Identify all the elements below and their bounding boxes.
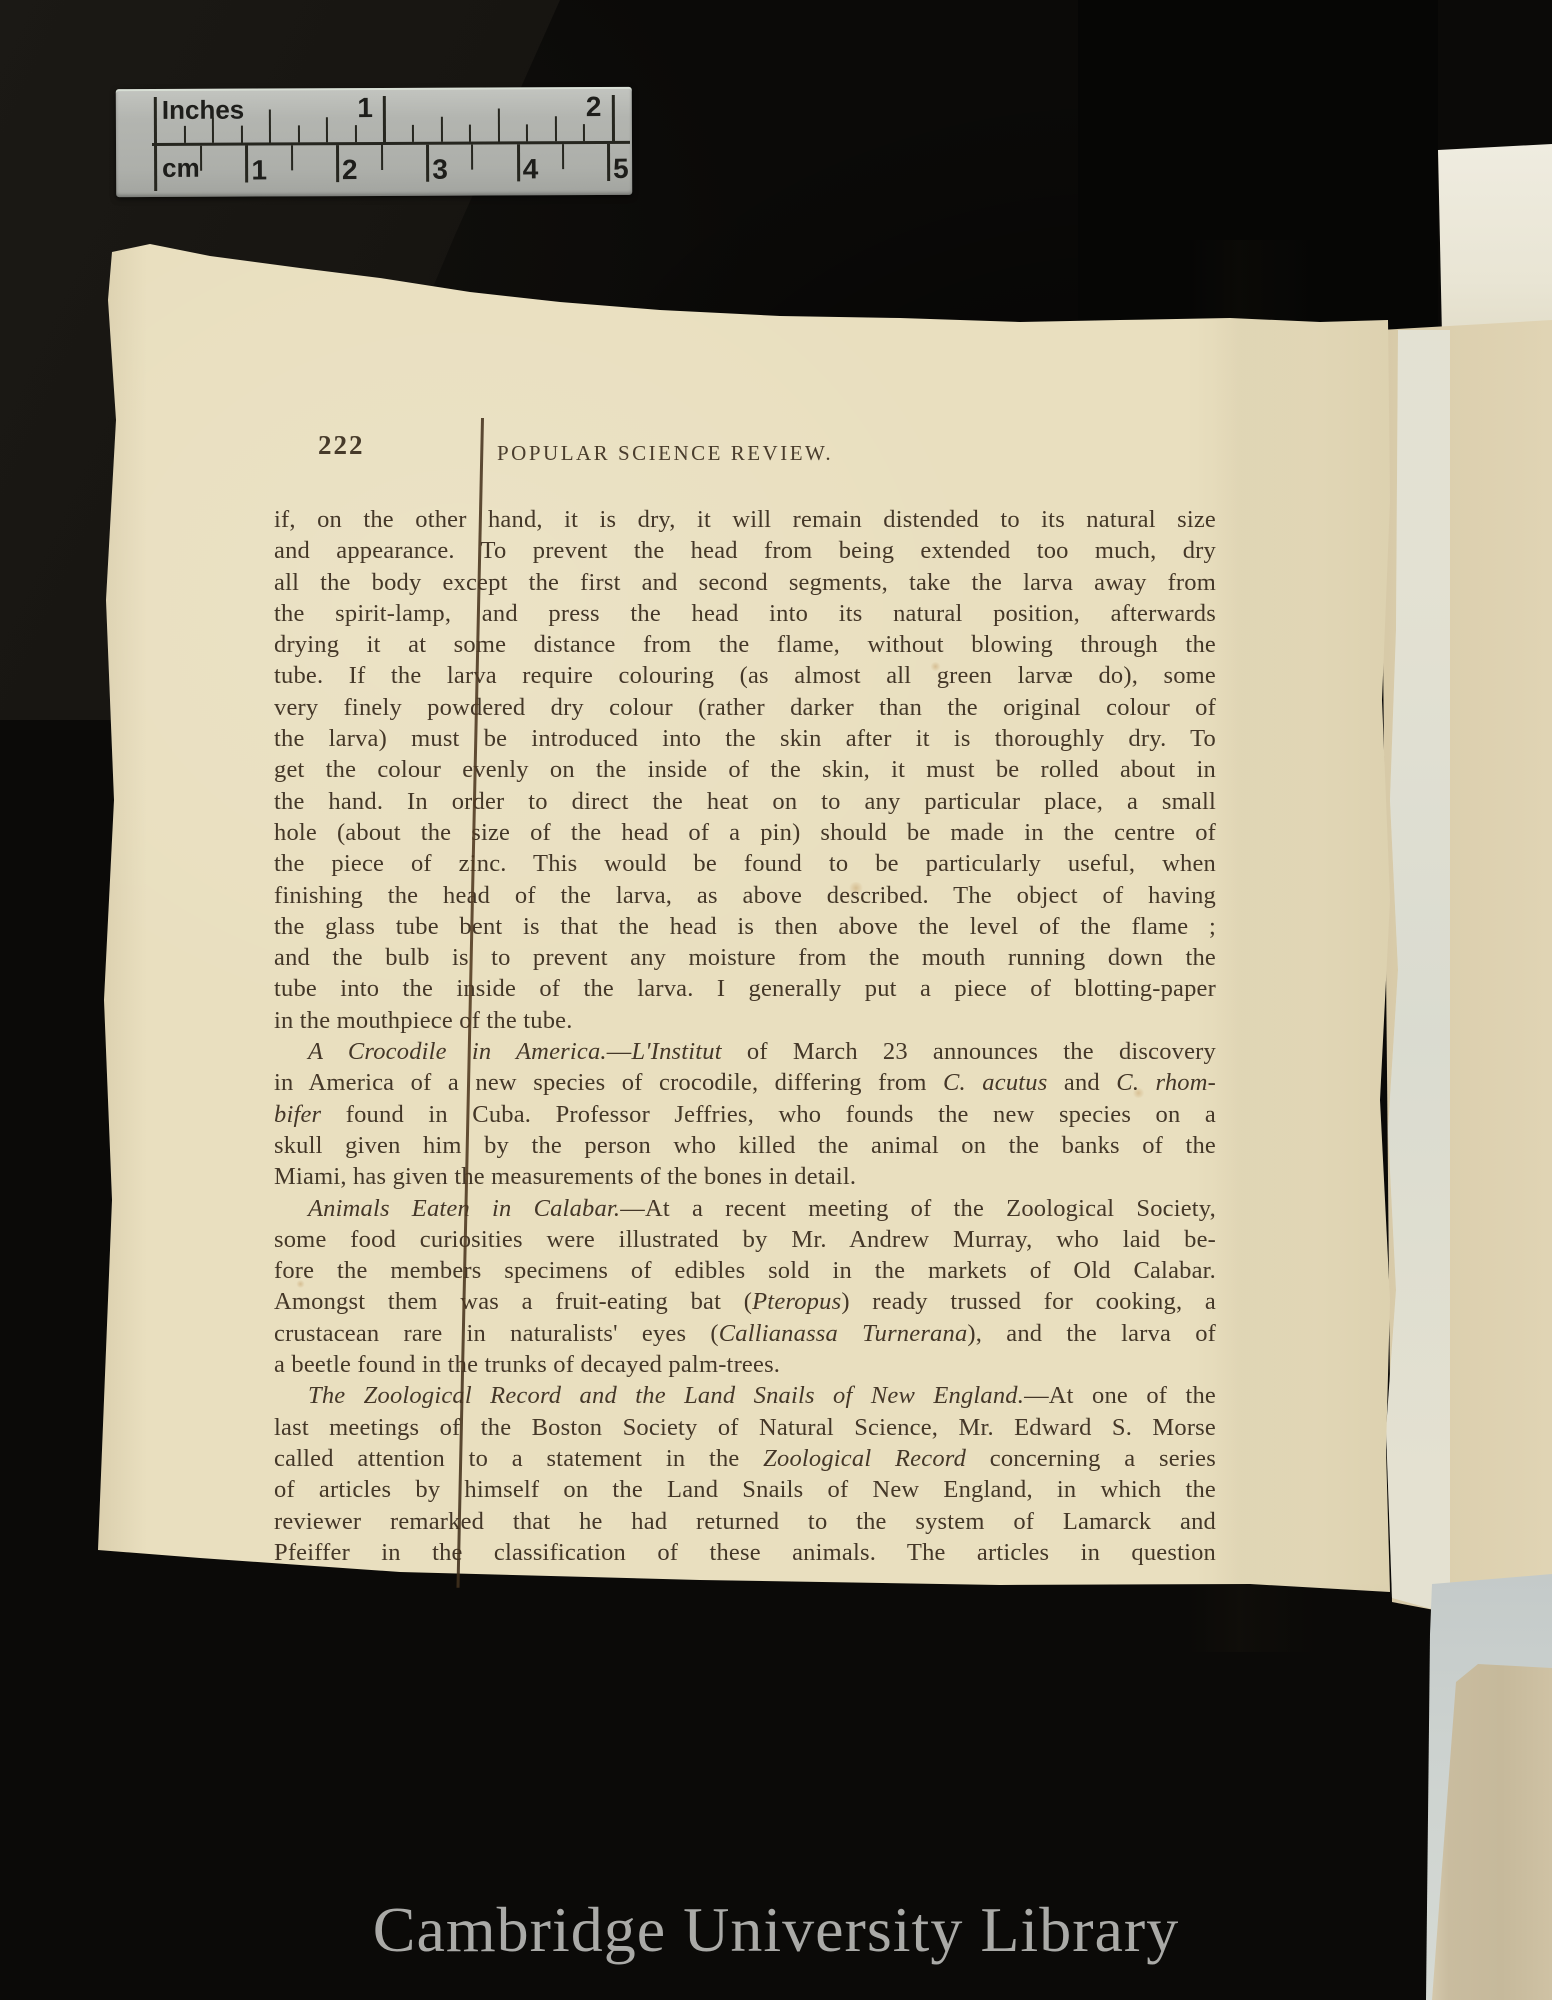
text-line: in America of a new species of crocodile… <box>274 1067 1216 1098</box>
text-line: Miami, has given the measurements of the… <box>274 1161 1216 1192</box>
ruler-tick <box>517 144 520 181</box>
ruler-tick <box>471 145 473 170</box>
text-line: all the body except the first and second… <box>274 567 1216 598</box>
ruler-tick <box>440 117 442 142</box>
text-line: drying it at some distance from the flam… <box>274 629 1216 660</box>
text-line: hole (about the size of the head of a pi… <box>274 817 1216 848</box>
text-line: tube. If the larva require colouring (as… <box>274 660 1216 691</box>
body-text: if, on the other hand, it is dry, it wil… <box>274 504 1216 1568</box>
text-line: last meetings of the Boston Society of N… <box>274 1412 1216 1443</box>
running-head: POPULAR SCIENCE REVIEW. <box>497 441 833 466</box>
ruler-tick <box>298 125 300 142</box>
ruler-tick <box>381 145 383 170</box>
ruler-tick <box>555 116 557 141</box>
text-line: tube into the inside of the larva. I gen… <box>274 973 1216 1004</box>
text-line: called attention to a statement in the Z… <box>274 1443 1216 1474</box>
text-line: finishing the head of the larva, as abov… <box>274 880 1216 911</box>
text-line: a beetle found in the trunks of decayed … <box>274 1349 1216 1380</box>
ruler-tick <box>612 95 615 141</box>
text-line: the hand. In order to direct the heat on… <box>274 786 1216 817</box>
ruler-number: 5 <box>613 153 629 185</box>
text-line: and appearance. To prevent the head from… <box>274 535 1216 566</box>
ruler: Inches cm 1212345 <box>116 87 632 197</box>
ruler-tick <box>212 118 214 143</box>
ruler-tick <box>355 125 357 142</box>
ruler-tick <box>383 96 386 142</box>
velvet-shadow-band <box>1078 0 1438 332</box>
ruler-number: 1 <box>357 92 373 124</box>
ruler-tick <box>426 145 429 182</box>
text-line: the piece of zinc. This would be found t… <box>274 848 1216 879</box>
ruler-tick <box>583 124 585 141</box>
text-line: the glass tube bent is that the head is … <box>274 911 1216 942</box>
ruler-tick <box>412 125 414 142</box>
text-line: in the mouthpiece of the tube. <box>274 1005 1216 1036</box>
ruler-number: 2 <box>342 154 358 186</box>
text-line: Animals Eaten in Calabar.—At a recent me… <box>274 1193 1216 1224</box>
library-watermark: Cambridge University Library <box>0 1893 1552 1967</box>
text-line: skull given him by the person who killed… <box>274 1130 1216 1161</box>
ruler-baseline <box>152 141 630 146</box>
text-line: the larva) must be introduced into the s… <box>274 723 1216 754</box>
ruler-tick <box>241 126 243 143</box>
ruler-tick <box>526 124 528 141</box>
text-line: crustacean rare in naturalists' eyes (Ca… <box>274 1318 1216 1349</box>
text-line: of articles by himself on the Land Snail… <box>274 1474 1216 1505</box>
white-folded-sheet <box>1434 144 1552 340</box>
ruler-tick <box>336 145 339 182</box>
photographed-document: { "ruler": { "top_label": "Inches", "bot… <box>0 0 1552 2000</box>
ruler-tick <box>291 145 293 170</box>
ruler-tick <box>607 144 610 181</box>
ruler-cm-label: cm <box>162 153 200 184</box>
ruler-number: 3 <box>432 154 448 186</box>
ruler-tick <box>200 146 202 171</box>
text-line: the spirit-lamp, and press the head into… <box>274 598 1216 629</box>
text-line: if, on the other hand, it is dry, it wil… <box>274 504 1216 535</box>
text-line: Pfeiffer in the classification of these … <box>274 1537 1216 1568</box>
ruler-tick <box>562 144 564 169</box>
ruler-inches-label: Inches <box>162 95 245 126</box>
ruler-number: 2 <box>586 91 602 123</box>
ruler-tick <box>326 117 328 142</box>
text-line: Amongst them was a fruit-eating bat (Pte… <box>274 1286 1216 1317</box>
text-line: A Crocodile in America.—L'Institut of Ma… <box>274 1036 1216 1067</box>
text-line: reviewer remarked that he had returned t… <box>274 1506 1216 1537</box>
text-line: some food curiosities were illustrated b… <box>274 1224 1216 1255</box>
ruler-tick <box>269 109 271 142</box>
ruler-tick <box>245 146 248 183</box>
ruler-tick <box>498 108 500 141</box>
text-line: very finely powdered dry colour (rather … <box>274 692 1216 723</box>
ruler-tick <box>469 125 471 142</box>
page-number: 222 <box>318 430 365 461</box>
text-line: fore the members specimens of edibles so… <box>274 1255 1216 1286</box>
ruler-zero-mark <box>154 97 157 191</box>
ruler-tick <box>183 126 185 143</box>
text-line: bifer found in Cuba. Professor Jeffries,… <box>274 1099 1216 1130</box>
ruler-number: 4 <box>523 153 539 185</box>
text-line: The Zoological Record and the Land Snail… <box>274 1380 1216 1411</box>
ruler-number: 1 <box>251 154 267 186</box>
text-line: get the colour evenly on the inside of t… <box>274 754 1216 785</box>
text-line: and the bulb is to prevent any moisture … <box>274 942 1216 973</box>
